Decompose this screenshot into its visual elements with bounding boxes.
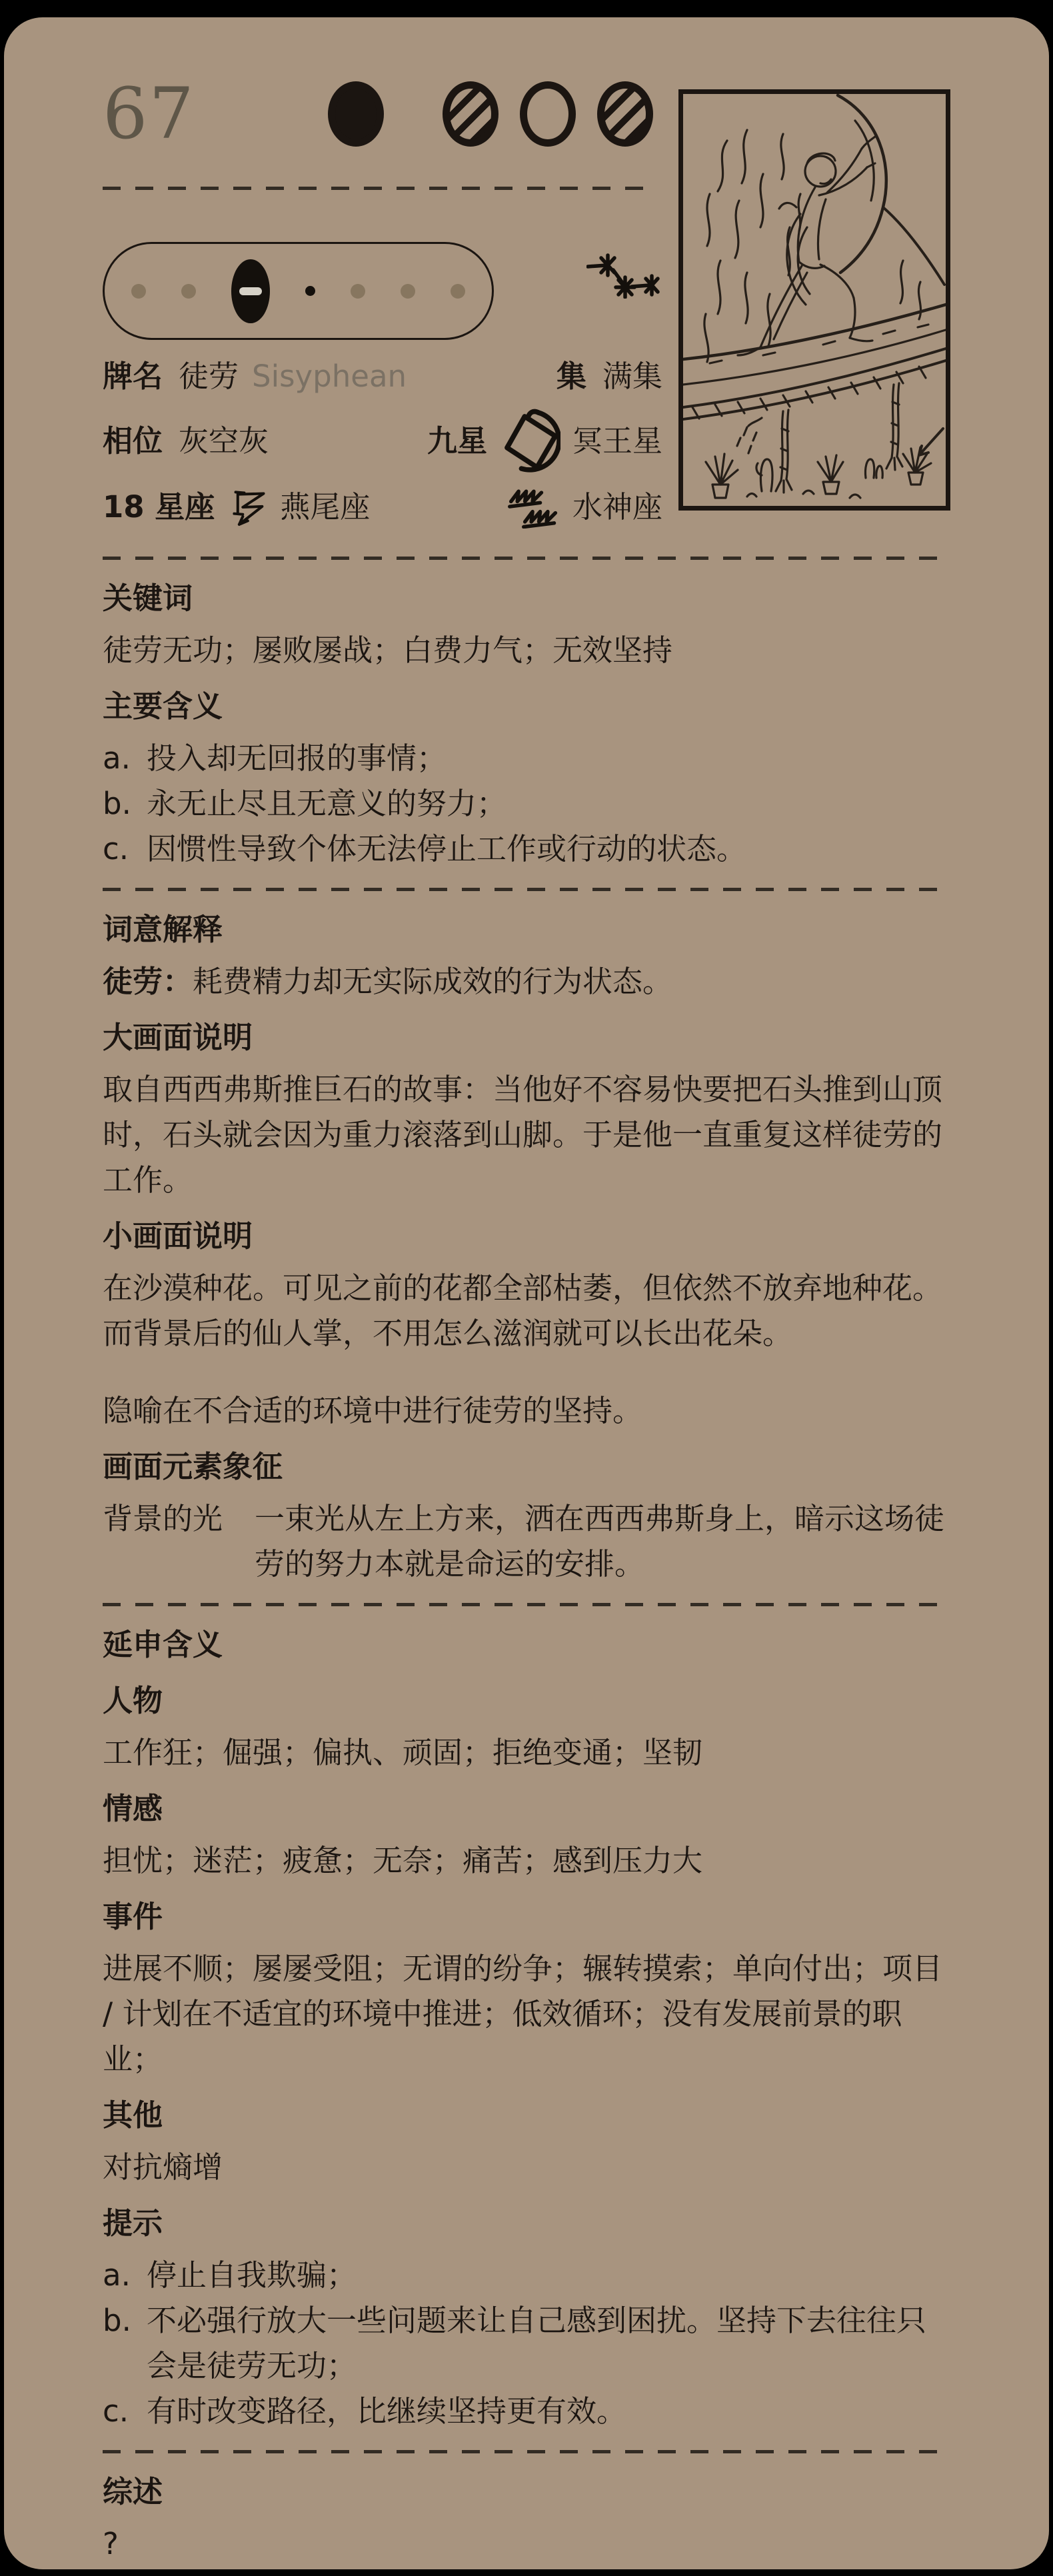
dashed-divider (103, 187, 646, 190)
solid-ellipse-icon (328, 81, 384, 147)
list-item: c. 因惯性导致个体无法停止工作或行动的状态。 (103, 826, 950, 872)
group-title: 其他 (103, 2093, 950, 2138)
list-marker: a. (103, 736, 147, 781)
section-title: 提示 (103, 2201, 950, 2246)
slider-dot[interactable] (401, 284, 415, 299)
slider-dot-current[interactable] (305, 286, 315, 296)
list-text: 不必强行放大一些问题来让自己感到困扰。坚持下去往往只会是徒劳无功； (147, 2298, 950, 2389)
group-title: 情感 (103, 1786, 950, 1832)
section-definition: 词意解释 徒劳：耗费精力却无实际成效的行为状态。 (103, 907, 950, 1004)
slider-dot[interactable] (451, 284, 465, 299)
zodiac18-label: 18 星座 (103, 485, 215, 530)
info-row-name: 牌名 徒劳 Sisyphean 集 满集 (103, 344, 662, 409)
section-title: 关键词 (103, 576, 950, 621)
list-item: b. 不必强行放大一些问题来让自己感到困扰。坚持下去往往只会是徒劳无功； (103, 2298, 950, 2389)
group-title: 人物 (103, 1678, 950, 1724)
name-value: 徒劳 (179, 354, 239, 399)
keywords-text: 徒劳无功；屡败屡战；白费力气；无效坚持 (103, 628, 950, 673)
list-item: a. 投入却无回报的事情； (103, 736, 950, 781)
zodiac18-value: 燕尾座 (280, 485, 370, 530)
list-marker: b. (103, 781, 147, 826)
name-label: 牌名 (103, 354, 163, 399)
set-value: 满集 (602, 354, 662, 399)
dashed-divider (103, 557, 950, 560)
card-number: 67 (103, 79, 195, 149)
section-title: 词意解释 (103, 907, 950, 952)
hatched-ellipse-icon (597, 81, 653, 147)
card-info-rows: 牌名 徒劳 Sisyphean 集 满集 相位 灰空灰 九星 (103, 344, 662, 541)
phone-screen: 67 (0, 0, 1053, 2576)
list-item: b. 永无止尽且无意义的努力； (103, 781, 950, 826)
definition-text: 徒劳：耗费精力却无实际成效的行为状态。 (103, 959, 950, 1004)
hatched-ellipse-icon (443, 81, 499, 147)
definition-term: 徒劳： (103, 964, 193, 999)
section-title: 延申含义 (103, 1622, 950, 1668)
water-value: 水神座 (572, 485, 662, 530)
group-text: 工作狂；倔强；偏执、顽固；拒绝变通；坚韧 (103, 1730, 950, 1776)
section-main-meanings: 主要含义 a. 投入却无回报的事情； b. 永无止尽且无意义的努力； c. 因惯… (103, 684, 950, 872)
level-slider-track[interactable] (103, 242, 494, 340)
dashed-divider (103, 888, 950, 891)
list-marker: b. (103, 2298, 147, 2389)
outline-ellipse-icon (520, 81, 576, 147)
section-extended: 延申含义 人物 工作狂；倔强；偏执、顽固；拒绝变通；坚韧 情感 担忧；迷茫；疲惫… (103, 1622, 950, 2190)
dashed-divider (103, 1603, 950, 1606)
list-marker: c. (103, 2389, 147, 2434)
slider-dot[interactable] (351, 284, 365, 299)
list-marker: a. (103, 2253, 147, 2298)
section-tips: 提示 a. 停止自我欺骗； b. 不必强行放大一些问题来让自己感到困扰。坚持下去… (103, 2201, 950, 2434)
definition-body: 耗费精力却无实际成效的行为状态。 (193, 964, 672, 999)
minus-icon (239, 287, 262, 295)
pluto-cycle-diamond-icon (503, 409, 560, 474)
sisyphus-illustration (683, 94, 946, 506)
ninestar-value: 冥王星 (572, 419, 662, 464)
summary-text: ? (103, 2521, 950, 2567)
double-zigzag-wave-icon (507, 486, 560, 529)
card-illustration-frame (678, 89, 950, 511)
dashed-divider (103, 2450, 950, 2453)
small-picture-metaphor: 隐喻在不合适的环境中进行徒劳的坚持。 (103, 1388, 950, 1434)
group-text: 对抗熵增 (103, 2145, 950, 2190)
list-text: 停止自我欺骗； (147, 2253, 950, 2298)
three-star-constellation-icon (586, 253, 662, 299)
name-latin: Sisyphean (252, 354, 407, 399)
section-title: 主要含义 (103, 684, 950, 729)
small-picture-text: 在沙漠种花。可见之前的花都全部枯萎，但依然不放弃地种花。而背景后的仙人掌，不用怎… (103, 1266, 950, 1356)
number-phase-row: 67 (103, 75, 662, 153)
aspect-label: 相位 (103, 419, 163, 464)
section-big-picture: 大画面说明 取自西西弗斯推巨石的故事：当他好不容易快要把石头推到山顶时，石头就会… (103, 1015, 950, 1203)
symbol-label: 背景的光 (103, 1496, 255, 1587)
list-text: 投入却无回报的事情； (147, 736, 950, 781)
info-row-zodiac: 18 星座 燕尾座 (103, 474, 662, 541)
section-title: 综述 (103, 2469, 950, 2515)
group-text: 进展不顺；屡屡受阻；无谓的纷争；辗转摸索；单向付出；项目 / 计划在不适宜的环境… (103, 1946, 950, 2082)
info-row-aspect: 相位 灰空灰 九星 冥王星 (103, 409, 662, 474)
phase-indicator-row (328, 81, 653, 147)
symbol-row: 背景的光 一束光从左上方来，洒在西西弗斯身上，暗示这场徒劳的努力本就是命运的安排… (103, 1496, 950, 1587)
lightning-bolt-arrow-icon (231, 474, 268, 541)
tarot-card-detail-page: 67 (4, 17, 1049, 2569)
slider-dot[interactable] (181, 284, 196, 299)
header-left-column: 67 (103, 75, 662, 541)
section-symbols: 画面元素象征 背景的光 一束光从左上方来，洒在西西弗斯身上，暗示这场徒劳的努力本… (103, 1444, 950, 1587)
slider-dot[interactable] (131, 284, 146, 299)
section-keywords: 关键词 徒劳无功；屡败屡战；白费力气；无效坚持 (103, 576, 950, 673)
section-title: 大画面说明 (103, 1015, 950, 1060)
section-small-picture: 小画面说明 在沙漠种花。可见之前的花都全部枯萎，但依然不放弃地种花。而背景后的仙… (103, 1214, 950, 1434)
list-item: a. 停止自我欺骗； (103, 2253, 950, 2298)
symbol-text: 一束光从左上方来，洒在西西弗斯身上，暗示这场徒劳的努力本就是命运的安排。 (255, 1496, 950, 1587)
list-text: 有时改变路径，比继续坚持更有效。 (147, 2389, 950, 2434)
list-text: 因惯性导致个体无法停止工作或行动的状态。 (147, 826, 950, 872)
section-summary: 综述 ? (103, 2469, 950, 2567)
aspect-value: 灰空灰 (179, 419, 269, 464)
section-title: 画面元素象征 (103, 1444, 950, 1490)
big-picture-text: 取自西西弗斯推巨石的故事：当他好不容易快要把石头推到山顶时，石头就会因为重力滚落… (103, 1067, 950, 1203)
list-marker: c. (103, 826, 147, 872)
slider-knob[interactable] (231, 259, 270, 323)
section-title: 小画面说明 (103, 1214, 950, 1259)
group-title: 事件 (103, 1894, 950, 1939)
list-item: c. 有时改变路径，比继续坚持更有效。 (103, 2389, 950, 2434)
set-label: 集 (556, 354, 586, 399)
group-text: 担忧；迷茫；疲惫；无奈；痛苦；感到压力大 (103, 1838, 950, 1884)
card-header: 67 (103, 75, 950, 541)
list-text: 永无止尽且无意义的努力； (147, 781, 950, 826)
slider-row (103, 242, 662, 340)
ninestar-label: 九星 (427, 419, 487, 464)
